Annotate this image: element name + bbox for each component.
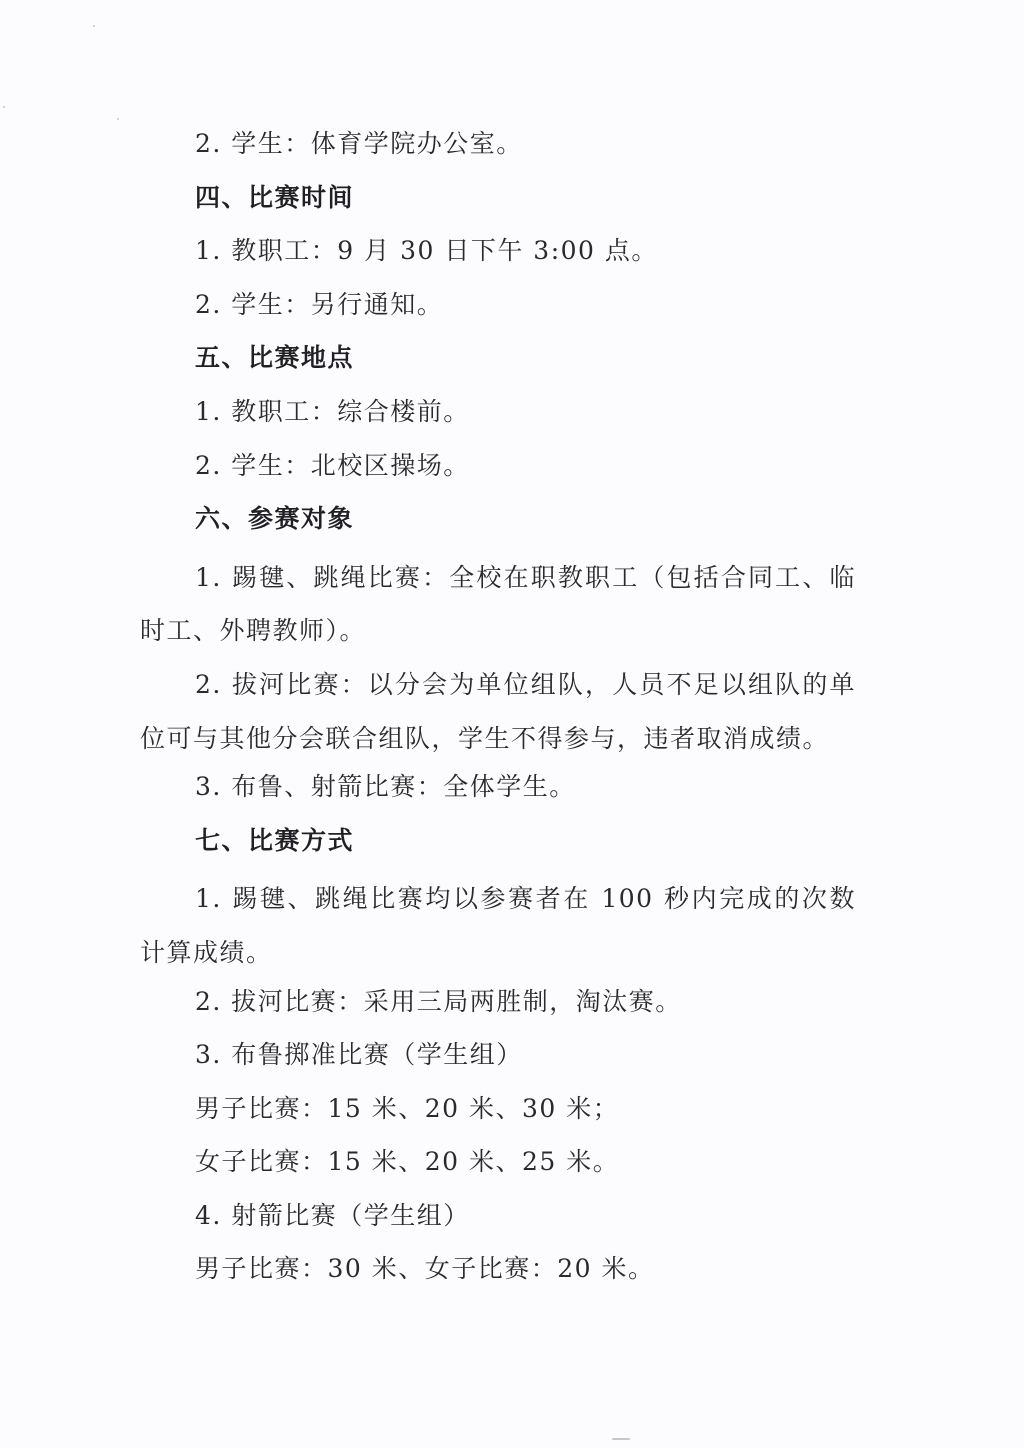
list-item-student-registration-location: 2. 学生：体育学院办公室。: [140, 122, 856, 176]
list-item-archery-title: 4. 射箭比赛（学生组）: [140, 1194, 856, 1248]
list-item-archery-distances: 男子比赛：30 米、女子比赛：20 米。: [140, 1247, 856, 1301]
list-item-student-time: 2. 学生：另行通知。: [140, 283, 856, 337]
section-heading-participants: 六、参赛对象: [140, 497, 856, 551]
scan-speck: [612, 1438, 630, 1440]
section-heading-competition-venue: 五、比赛地点: [140, 336, 856, 390]
scan-speck: [117, 118, 119, 120]
list-item-staff-time: 1. 教职工：9 月 30 日下午 3:00 点。: [140, 229, 856, 283]
section-heading-competition-format: 七、比赛方式: [140, 819, 856, 873]
list-item-staff-venue: 1. 教职工：综合楼前。: [140, 390, 856, 444]
list-item-tug-of-war-format: 2. 拔河比赛：采用三局两胜制，淘汰赛。: [140, 980, 856, 1034]
list-item-buru-men-distances: 男子比赛：15 米、20 米、30 米；: [140, 1087, 856, 1141]
paragraph-shuttlecock-rope-format: 1. 踢毽、跳绳比赛均以参赛者在 100 秒内完成的次数计算成绩。: [140, 872, 856, 979]
paragraph-shuttlecock-rope-participants: 1. 踢毽、跳绳比赛：全校在职教职工（包括合同工、临时工、外聘教师）。: [140, 551, 856, 658]
section-heading-competition-time: 四、比赛时间: [140, 176, 856, 230]
list-item-buru-throwing-title: 3. 布鲁掷准比赛（学生组）: [140, 1033, 856, 1087]
scan-speck: [3, 106, 5, 108]
scanned-document-page: 2. 学生：体育学院办公室。 四、比赛时间 1. 教职工：9 月 30 日下午 …: [0, 0, 1024, 1448]
list-item-student-venue: 2. 学生：北校区操场。: [140, 444, 856, 498]
scan-speck: [93, 25, 95, 27]
paragraph-tug-of-war-participants: 2. 拔河比赛：以分会为单位组队，人员不足以组队的单位可与其他分会联合组队，学生…: [140, 658, 856, 765]
document-body: 2. 学生：体育学院办公室。 四、比赛时间 1. 教职工：9 月 30 日下午 …: [140, 122, 856, 1301]
list-item-buru-women-distances: 女子比赛：15 米、20 米、25 米。: [140, 1140, 856, 1194]
list-item-buru-archery-participants: 3. 布鲁、射箭比赛：全体学生。: [140, 765, 856, 819]
